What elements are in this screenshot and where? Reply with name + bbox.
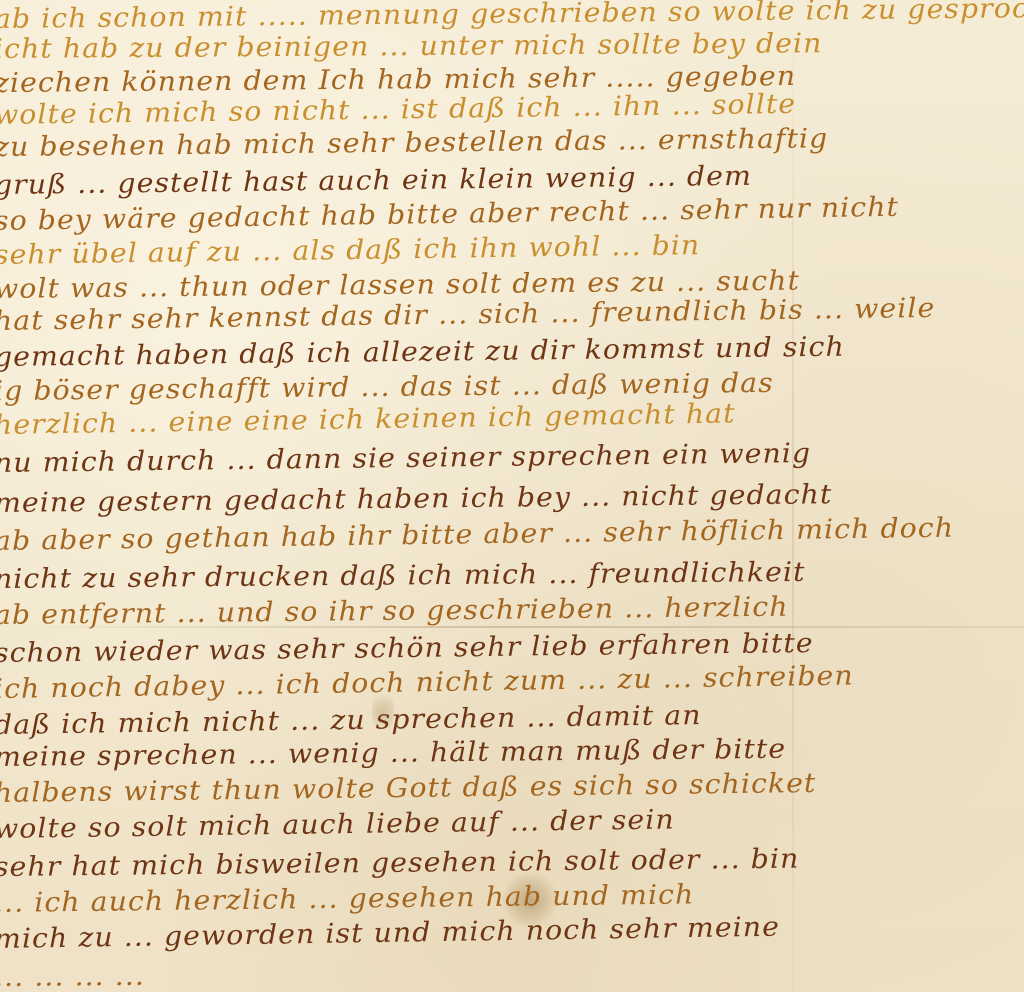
handwritten-line: ab aber so gethan hab ihr bitte aber ...… (0, 513, 954, 557)
handwritten-line: mich zu ... geworden ist und mich noch s… (0, 912, 780, 955)
handwritten-line: sehr übel auf zu ... als daß ich ihn woh… (0, 230, 700, 271)
handwritten-line: zu besehen hab mich sehr bestellen das .… (0, 123, 828, 163)
handwritten-line: gemacht haben daß ich allezeit zu dir ko… (0, 332, 845, 373)
handwritten-line: halbens wirst thun wolte Gott daß es sic… (0, 768, 817, 809)
handwritten-line: meine sprechen ... wenig ... hält man mu… (0, 734, 786, 773)
handwritten-line: ... ich auch herzlich ... gesehen hab un… (0, 879, 695, 919)
handwritten-line: nu mich durch ... dann sie seiner sprech… (0, 438, 811, 479)
handwritten-line: meine gestern gedacht haben ich bey ... … (0, 479, 832, 519)
handwritten-line: wolte so solt mich auch liebe auf ... de… (0, 804, 675, 845)
manuscript-page: ab ich schon mit ..... mennung geschrieb… (0, 0, 1024, 992)
handwritten-line: icht hab zu der beinigen ... unter mich … (0, 28, 823, 65)
handwritten-line: sehr hat mich bisweilen gesehen ich solt… (0, 844, 800, 883)
handwritten-line: nicht zu sehr drucken daß ich mich ... f… (0, 557, 806, 595)
handwritten-line: ... ... ... ... (0, 961, 145, 992)
